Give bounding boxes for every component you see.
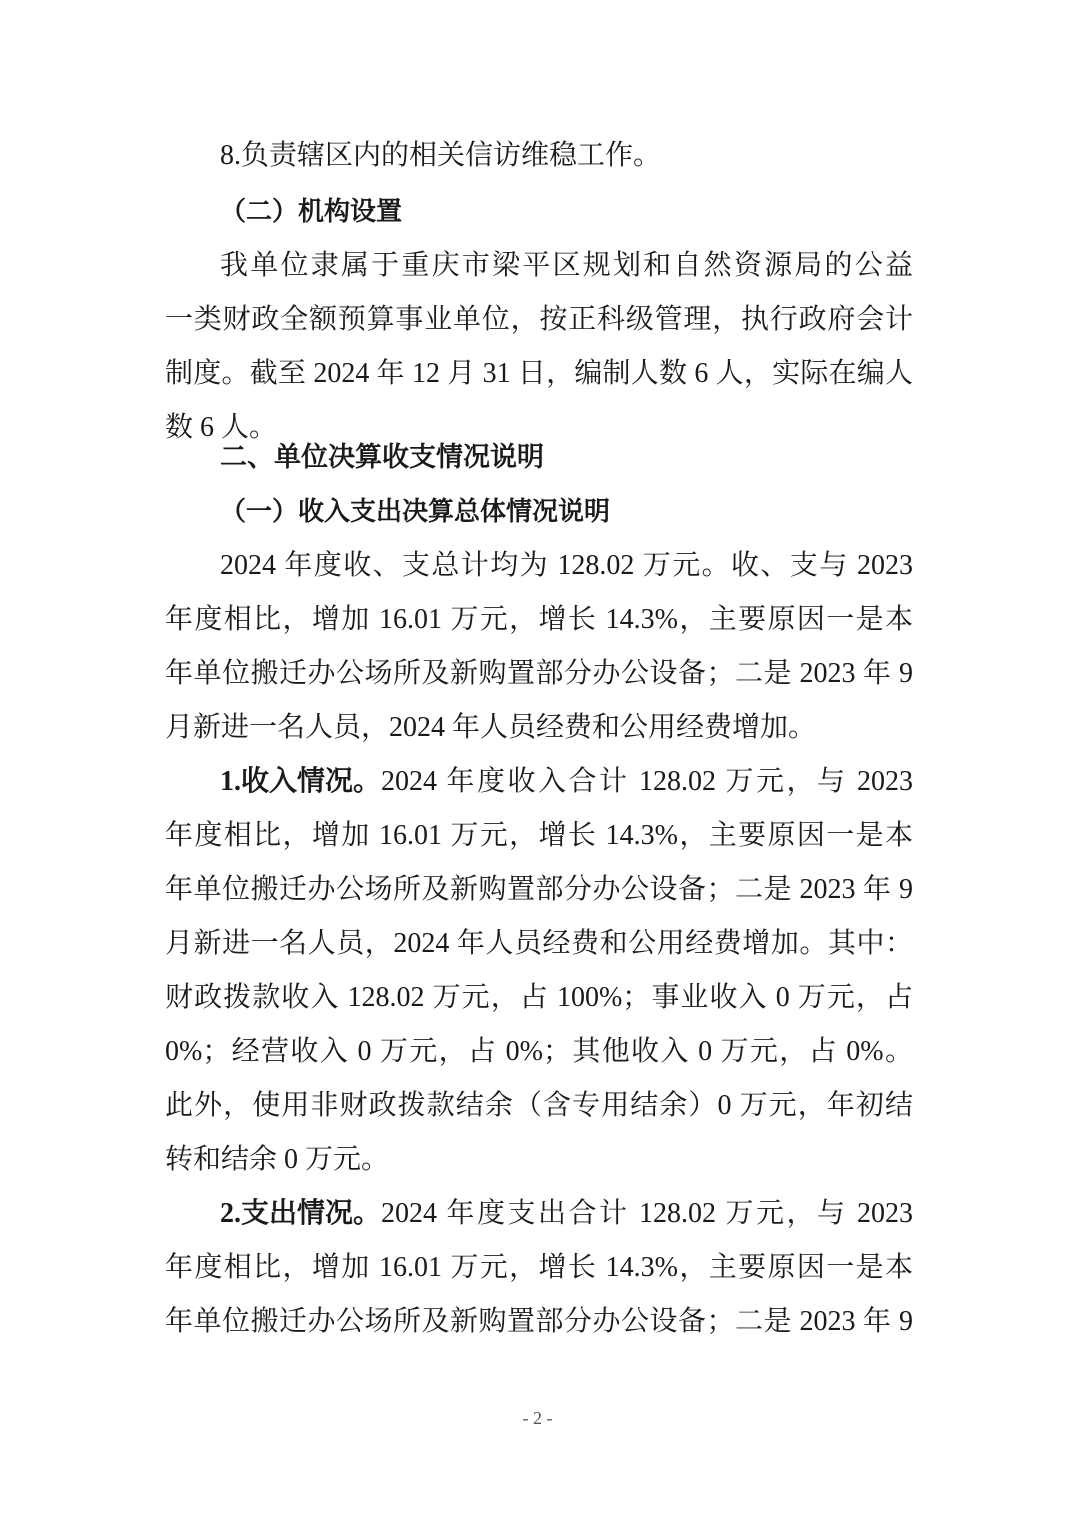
paragraph-line: 年度相比，增加 16.01 万元，增长 14.3%，主要原因一是本 <box>165 816 913 856</box>
income-text: 2024 年度收入合计 128.02 万元，与 2023 <box>381 762 913 802</box>
paragraph-line: 0%；经营收入 0 万元，占 0%；其他收入 0 万元，占 0%。 <box>165 1032 913 1072</box>
expenditure-lead: 2.支出情况。 <box>220 1194 381 1234</box>
paragraph-line: 月新进一名人员，2024 年人员经费和公用经费增加。其中： <box>165 924 913 964</box>
paragraph-line: 月新进一名人员，2024 年人员经费和公用经费增加。 <box>165 708 816 748</box>
paragraph-line: 我单位隶属于重庆市梁平区规划和自然资源局的公益 <box>220 246 913 286</box>
expenditure-text: 2024 年度支出合计 128.02 万元，与 2023 <box>381 1194 913 1234</box>
paragraph-line: 年单位搬迁办公场所及新购置部分办公设备；二是 2023 年 9 <box>165 654 913 694</box>
section-heading-2: 二、单位决算收支情况说明 <box>220 438 544 478</box>
paragraph-line: 年度相比，增加 16.01 万元，增长 14.3%，主要原因一是本 <box>165 600 913 640</box>
paragraph-line: 2024 年度收、支总计均为 128.02 万元。收、支与 2023 <box>220 546 913 586</box>
paragraph-line: 年单位搬迁办公场所及新购置部分办公设备；二是 2023 年 9 <box>165 1302 913 1342</box>
expenditure-paragraph-line: 2.支出情况。 2024 年度支出合计 128.02 万元，与 2023 <box>220 1194 913 1234</box>
paragraph-line: 制度。截至 2024 年 12 月 31 日，编制人数 6 人，实际在编人 <box>165 354 913 394</box>
paragraph-line: 年单位搬迁办公场所及新购置部分办公设备；二是 2023 年 9 <box>165 870 913 910</box>
paragraph-line: 转和结余 0 万元。 <box>165 1140 389 1180</box>
page-number: - 2 - <box>0 1408 1075 1429</box>
income-lead: 1.收入情况。 <box>220 762 381 802</box>
subsection-heading-overview: （一）收入支出决算总体情况说明 <box>220 492 610 532</box>
paragraph-line: 此外，使用非财政拨款结余（含专用结余）0 万元，年初结 <box>165 1086 913 1126</box>
paragraph-line: 8.负责辖区内的相关信访维稳工作。 <box>220 136 661 176</box>
section-heading-organization: （二）机构设置 <box>220 192 402 232</box>
paragraph-line: 年度相比，增加 16.01 万元，增长 14.3%，主要原因一是本 <box>165 1248 913 1288</box>
income-paragraph-line: 1.收入情况。 2024 年度收入合计 128.02 万元，与 2023 <box>220 762 913 802</box>
paragraph-line: 一类财政全额预算事业单位，按正科级管理，执行政府会计 <box>165 300 913 340</box>
paragraph-line: 财政拨款收入 128.02 万元，占 100%；事业收入 0 万元，占 <box>165 978 913 1018</box>
